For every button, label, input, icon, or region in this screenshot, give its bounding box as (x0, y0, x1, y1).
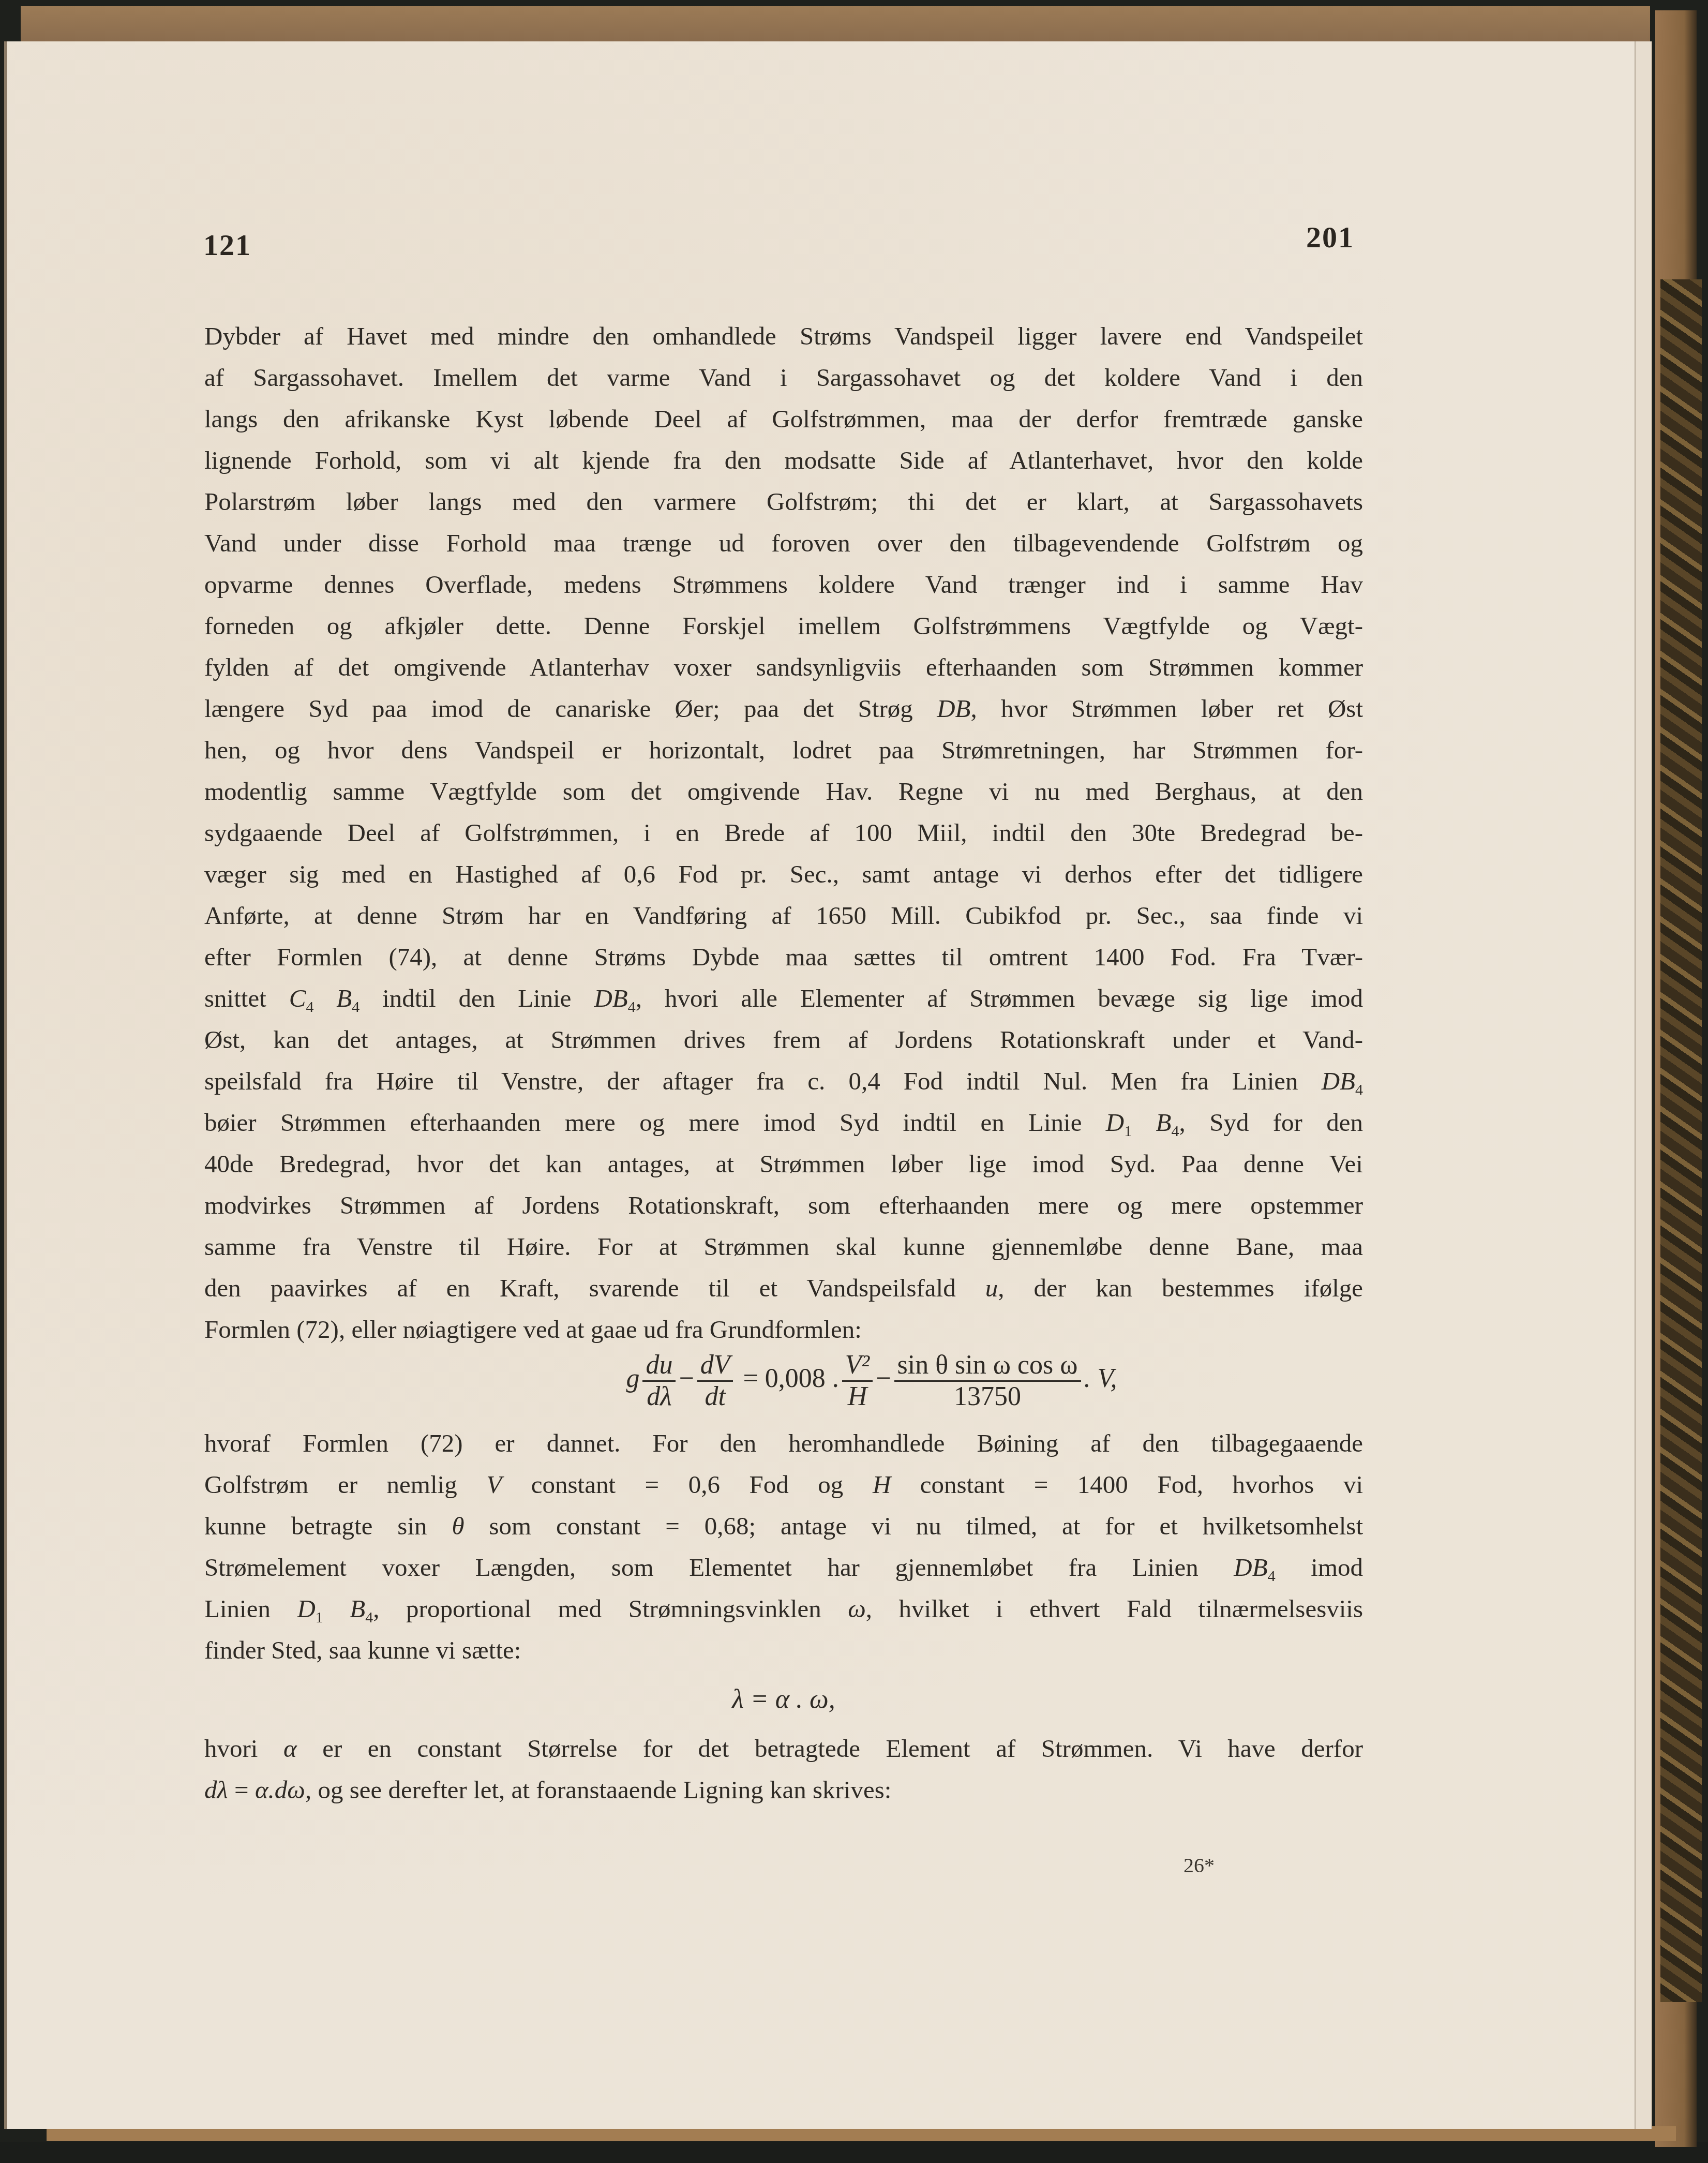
text-line: bøier Strømmen efterhaanden mere og mere… (204, 1102, 1363, 1143)
signature-mark: 26* (1183, 1853, 1215, 1877)
text-line: samme fra Venstre til Høire. For at Strø… (204, 1226, 1363, 1267)
text-line: snittet C4 B4 indtil den Linie DB4, hvor… (204, 978, 1363, 1019)
text-run: constant = 1400 Fod, hvorhos vi (891, 1470, 1363, 1499)
text-line: dλ = α.dω, og see derefter let, at foran… (204, 1769, 1363, 1811)
text-line: Dybder af Havet med mindre den omhandled… (204, 316, 1363, 357)
denominator: dλ (642, 1382, 676, 1412)
subscript: 4 (1355, 1081, 1363, 1098)
text-run: længere Syd paa imod de canariske Øer; p… (204, 694, 937, 723)
text-line: hen, og hvor dens Vandspeil er horizonta… (204, 729, 1363, 771)
text-run: , hvor Strømmen løber ret Øst (970, 694, 1363, 723)
math-var: B (336, 984, 352, 1012)
math-var: C (289, 984, 306, 1012)
text-run: Strømelement voxer Længden, som Elemente… (204, 1553, 1234, 1582)
math-var: ω (848, 1594, 866, 1623)
math-var: V (486, 1470, 502, 1499)
text-line: opvarme dennes Overflade, medens Strømme… (204, 564, 1363, 605)
text-line: Vand under disse Forhold maa trænge ud f… (204, 523, 1363, 564)
equation-lambda: λ = α . ω, (204, 1671, 1363, 1728)
text-line: Strømelement voxer Længden, som Elemente… (204, 1547, 1363, 1588)
text-run: , hvori alle Elementer af Strømmen bevæg… (636, 984, 1363, 1012)
text-run: Golfstrøm er nemlig (204, 1470, 486, 1499)
math-var: g (626, 1364, 639, 1393)
text-run: snittet (204, 984, 289, 1012)
math-var: D (297, 1594, 315, 1623)
operator: − (679, 1364, 694, 1393)
subscript: 1 (1124, 1123, 1132, 1140)
text-line: Golfstrøm er nemlig V constant = 0,6 Fod… (204, 1464, 1363, 1505)
text-line: hvori α er en constant Størrelse for det… (204, 1728, 1363, 1769)
subscript: 4 (1172, 1123, 1179, 1140)
subscript: 4 (306, 998, 313, 1016)
numerator: du (642, 1350, 676, 1382)
text-line: Øst, kan det antages, at Strømmen drives… (204, 1019, 1363, 1061)
text-line: af Sargassohavet. Imellem det varme Vand… (204, 357, 1363, 398)
text-run: er en constant Størrelse for det betragt… (297, 1734, 1363, 1763)
page-gutter (4, 41, 7, 2129)
body-text: Dybder af Havet med mindre den omhandled… (204, 316, 1363, 1811)
subscript: 1 (316, 1609, 323, 1626)
subscript: 4 (365, 1609, 373, 1626)
text-run: som constant = 0,68; antage vi nu tilmed… (465, 1512, 1363, 1540)
text-line: lignende Forhold, som vi alt kjende fra … (204, 440, 1363, 481)
text-line: forneden og afkjøler dette. Denne Forskj… (204, 605, 1363, 647)
operator: = (743, 1364, 758, 1393)
text-line: Anførte, at denne Strøm har en Vandførin… (204, 895, 1363, 936)
subscript: 4 (352, 998, 359, 1016)
text-run: hvori (204, 1734, 283, 1763)
text-run: constant = 0,6 Fod og (502, 1470, 873, 1499)
fraction: dVdt (697, 1350, 733, 1412)
operator: − (876, 1364, 891, 1393)
text-line: den paavirkes af en Kraft, svarende til … (204, 1267, 1363, 1309)
text-line: længere Syd paa imod de canariske Øer; p… (204, 688, 1363, 729)
text-run: kunne betragte sin (204, 1512, 452, 1540)
text-line: Polarstrøm løber langs med den varmere G… (204, 481, 1363, 523)
text-run: , proportional med Strømningsvinklen (373, 1594, 848, 1623)
math-var: α (283, 1734, 297, 1763)
math-var: DB (937, 694, 970, 723)
text-run: Linien (204, 1594, 297, 1623)
denominator: dt (697, 1382, 733, 1412)
math-var: u (985, 1274, 998, 1302)
math-var: dλ (204, 1776, 228, 1804)
math-var: θ (452, 1512, 464, 1540)
math-var: D (1106, 1108, 1124, 1137)
fraction: sin θ sin ω cos ω13750 (894, 1350, 1081, 1412)
text-line: sydgaaende Deel af Golfstrømmen, i en Br… (204, 812, 1363, 854)
page-number: 201 (1306, 220, 1354, 255)
fraction: dudλ (642, 1350, 676, 1412)
text-run: speilsfald fra Høire til Venstre, der af… (204, 1067, 1322, 1095)
text-line: modvirkes Strømmen af Jordens Rotationsk… (204, 1185, 1363, 1226)
text-run: , og see derefter let, at foranstaaende … (305, 1776, 891, 1804)
numerator: sin θ sin ω cos ω (894, 1350, 1081, 1382)
denominator: 13750 (894, 1382, 1081, 1412)
math-var: B (350, 1594, 365, 1623)
text-line: fylden af det omgivende Atlanterhav voxe… (204, 647, 1363, 688)
coefficient: 0,008 . (765, 1364, 839, 1393)
marbled-board (1660, 279, 1702, 2002)
text-run: bøier Strømmen efterhaanden mere og mere… (204, 1108, 1106, 1137)
math-var: H (873, 1470, 891, 1499)
text-line: efter Formlen (74), at denne Strøms Dybd… (204, 936, 1363, 978)
text-run: , der kan bestemmes ifølge (998, 1274, 1363, 1302)
math-var: DB (1234, 1553, 1267, 1582)
subscript: 4 (1268, 1568, 1276, 1585)
text-line: 40de Bredegrad, hvor det kan antages, at… (204, 1143, 1363, 1185)
text-run: , hvilket i ethvert Fald tilnærmelsesvii… (866, 1594, 1363, 1623)
text-line: speilsfald fra Høire til Venstre, der af… (204, 1061, 1363, 1102)
subscript: 4 (628, 998, 636, 1016)
math-var: DB (1322, 1067, 1355, 1095)
text-run: indtil den Linie (359, 984, 594, 1012)
denominator: H (842, 1382, 873, 1412)
text-line: finder Sted, saa kunne vi sætte: (204, 1630, 1363, 1671)
text-line: modentlig samme Vægtfylde som det omgive… (204, 771, 1363, 812)
fraction: V²H (842, 1350, 873, 1412)
text-line: væger sig med en Hastighed af 0,6 Fod pr… (204, 854, 1363, 895)
text-line: Linien D1 B4, proportional med Strømning… (204, 1588, 1363, 1630)
binding-top-edge (21, 6, 1650, 42)
math-var: DB (594, 984, 627, 1012)
text-line: kunne betragte sin θ som constant = 0,68… (204, 1505, 1363, 1547)
math-var: B (1156, 1108, 1172, 1137)
math-var: α.dω (255, 1776, 305, 1804)
text-line: Formlen (72), eller nøiagtigere ved at g… (204, 1309, 1363, 1350)
operator: = (228, 1776, 255, 1804)
text-run: den paavirkes af en Kraft, svarende til … (204, 1274, 985, 1302)
folio-left: 121 (203, 228, 251, 262)
page-edge-stack (1635, 41, 1652, 2129)
text-run: , Syd for den (1179, 1108, 1364, 1137)
text-line: langs den afrikanske Kyst løbende Deel a… (204, 398, 1363, 440)
numerator: V² (842, 1350, 873, 1382)
math-tail: . V, (1084, 1364, 1117, 1393)
text-run: imod (1276, 1553, 1363, 1582)
numerator: dV (697, 1350, 733, 1382)
equation-grundformel: gdudλ−dVdt = 0,008 .V²H−sin θ sin ω cos … (204, 1350, 1363, 1423)
equation-body: gdudλ−dVdt = 0,008 .V²H−sin θ sin ω cos … (510, 1350, 1234, 1433)
